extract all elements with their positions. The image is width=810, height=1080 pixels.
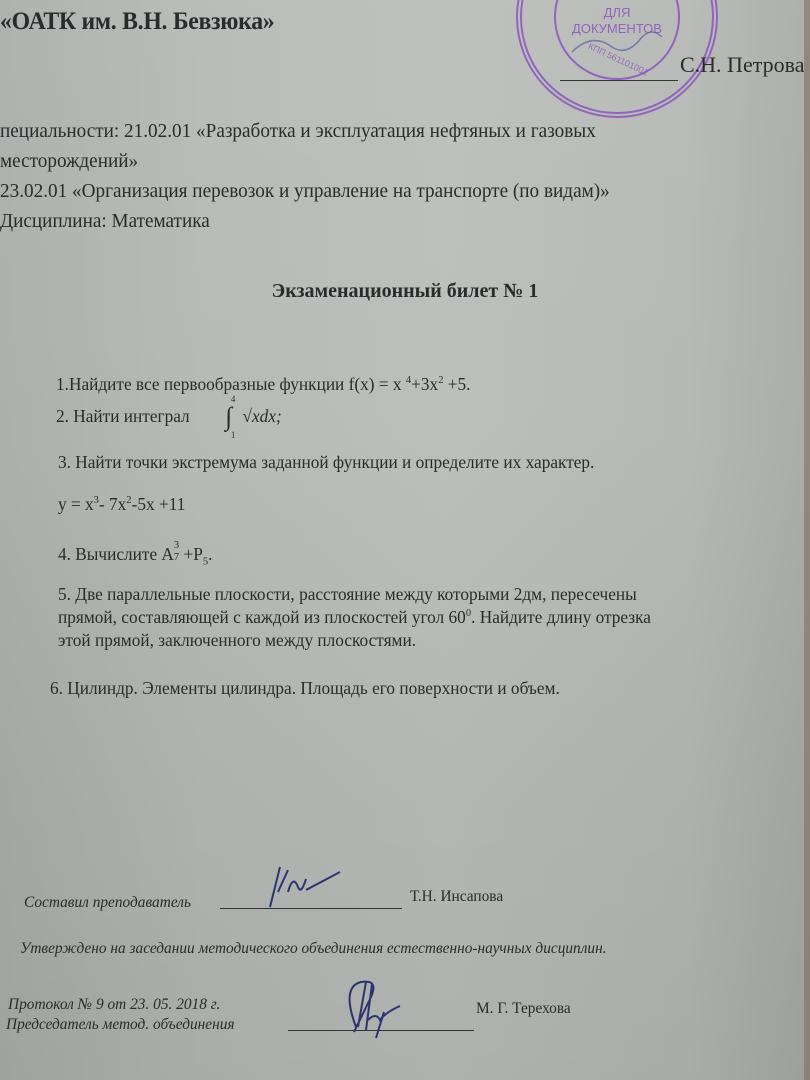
question-3-formula: y = x3- 7x2-5x +11	[58, 494, 185, 515]
compiled-by-name: Т.Н. Инсапова	[410, 888, 503, 906]
protocol-info: Протокол № 9 от 23. 05. 2018 г.	[8, 996, 220, 1014]
compiled-by-label: Составил преподаватель	[24, 894, 191, 912]
question-3: 3. Найти точки экстремума заданной функц…	[58, 452, 594, 473]
svg-text:ДОКУМЕНТОВ: ДОКУМЕНТОВ	[572, 21, 662, 36]
ticket-title: Экзаменационный билет № 1	[0, 280, 810, 303]
specialty-line-1: пециальности: 21.02.01 «Разработка и экс…	[0, 120, 596, 143]
paper-edge	[804, 0, 810, 1080]
integral-icon: ∫ 4 1	[223, 400, 242, 436]
question-2: 2. Найти интеграл ∫ 4 1 √xdx;	[56, 400, 282, 436]
chair-signature-icon	[336, 972, 406, 1042]
approver-signature-line	[560, 80, 678, 81]
organization-name: «ОАТК им. В.Н. Бевзюка»	[0, 8, 274, 36]
discipline: Дисциплина: Математика	[0, 210, 210, 233]
question-6: 6. Цилиндр. Элементы цилиндра. Площадь е…	[50, 678, 560, 699]
question-5-line-1: 5. Две параллельные плоскости, расстояни…	[58, 584, 637, 605]
specialty-line-3: 23.02.01 «Организация перевозок и управл…	[0, 180, 610, 203]
svg-text:КПП 561101001: КПП 561101001	[587, 41, 650, 78]
specialty-line-2: месторождений»	[0, 150, 138, 173]
approver-name: С.Н. Петрова	[680, 52, 804, 78]
chair-name: М. Г. Терехова	[476, 1000, 571, 1018]
svg-text:ДЛЯ: ДЛЯ	[604, 5, 631, 20]
question-4: 4. Вычислите A37+P5.	[58, 544, 212, 568]
teacher-signature-icon	[260, 862, 350, 912]
question-5-line-3: этой прямой, заключенного между плоскост…	[58, 630, 416, 651]
approved-text: Утверждено на заседании методического об…	[20, 940, 607, 958]
question-5-line-2: прямой, составляющей с каждой из плоскос…	[58, 607, 651, 628]
question-1: 1.Найдите все первообразные функции f(x)…	[56, 374, 471, 395]
chair-label: Председатель метод. объединения	[6, 1016, 235, 1034]
